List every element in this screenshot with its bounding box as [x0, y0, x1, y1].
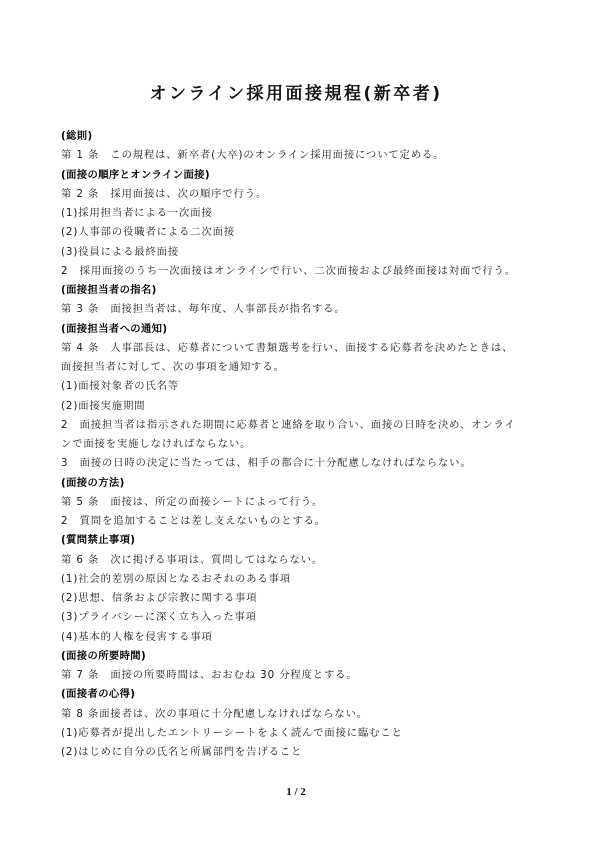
article-7: 第 7 条 面接の所要時間は、おおむね 30 分程度とする。: [61, 666, 541, 685]
section-heading-interviewer-designation: (面接担当者の指名): [61, 281, 541, 300]
section-heading-interview-order: (面接の順序とオンライン面接): [61, 166, 541, 185]
article-2-item-3: (3)役員による最終面接: [61, 243, 541, 262]
article-4: 第 4 条 人事部長は、応募者について書類選考を行い、面接する応募者を決めたとき…: [61, 339, 541, 358]
article-6-item-4: (4)基本的人権を侵害する事項: [61, 628, 541, 647]
article-6-item-3: (3)プライバシーに深く立ち入った事項: [61, 608, 541, 627]
section-heading-interviewer-guidelines: (面接者の心得): [61, 685, 541, 704]
page-number: 1 / 2: [0, 786, 592, 798]
article-4-paragraph-3: 3 面接の日時の決定に当たっては、相手の都合に十分配慮しなければならない。: [61, 454, 541, 473]
article-3: 第 3 条 面接担当者は、毎年度、人事部長が指名する。: [61, 300, 541, 319]
document-page: オンライン採用面接規程(新卒者) (総則) 第 1 条 この規程は、新卒者(大卒…: [0, 0, 592, 846]
article-4-paragraph-2-continued: ンで面接を実施しなければならない。: [61, 435, 541, 454]
article-6-item-2: (2)思想、信条および宗教に関する事項: [61, 589, 541, 608]
article-6-item-1: (1)社会的差別の原因となるおそれのある事項: [61, 570, 541, 589]
document-body: (総則) 第 1 条 この規程は、新卒者(大卒)のオンライン採用面接について定め…: [61, 127, 541, 762]
section-heading-interview-method: (面接の方法): [61, 474, 541, 493]
section-heading-interview-duration: (面接の所要時間): [61, 647, 541, 666]
article-6: 第 6 条 次に掲げる事項は、質問してはならない。: [61, 551, 541, 570]
article-2-item-1: (1)採用担当者による一次面接: [61, 204, 541, 223]
article-5-paragraph-2: 2 質問を追加することは差し支えないものとする。: [61, 512, 541, 531]
article-8-item-2: (2)はじめに自分の氏名と所属部門を告げること: [61, 743, 541, 762]
section-heading-general: (総則): [61, 127, 541, 146]
article-4-item-1: (1)面接対象者の氏名等: [61, 377, 541, 396]
document-title: オンライン採用面接規程(新卒者): [0, 79, 592, 104]
article-5: 第 5 条 面接は、所定の面接シートによって行う。: [61, 493, 541, 512]
article-1: 第 1 条 この規程は、新卒者(大卒)のオンライン採用面接について定める。: [61, 146, 541, 165]
article-2-paragraph-2: 2 採用面接のうち一次面接はオンラインで行い、二次面接および最終面接は対面で行う…: [61, 262, 541, 281]
section-heading-prohibited-questions: (質問禁止事項): [61, 531, 541, 550]
article-4-continued: 面接担当者に対して、次の事項を通知する。: [61, 358, 541, 377]
article-4-item-2: (2)面接実施期間: [61, 397, 541, 416]
article-2: 第 2 条 採用面接は、次の順序で行う。: [61, 185, 541, 204]
article-8: 第 8 条面接者は、次の事項に十分配慮しなければならない。: [61, 705, 541, 724]
article-8-item-1: (1)応募者が提出したエントリーシートをよく読んで面接に臨むこと: [61, 724, 541, 743]
article-2-item-2: (2)人事部の役職者による二次面接: [61, 223, 541, 242]
section-heading-interviewer-notice: (面接担当者への通知): [61, 320, 541, 339]
article-4-paragraph-2: 2 面接担当者は指示された期間に応募者と連絡を取り合い、面接の日時を決め、オンラ…: [61, 416, 541, 435]
